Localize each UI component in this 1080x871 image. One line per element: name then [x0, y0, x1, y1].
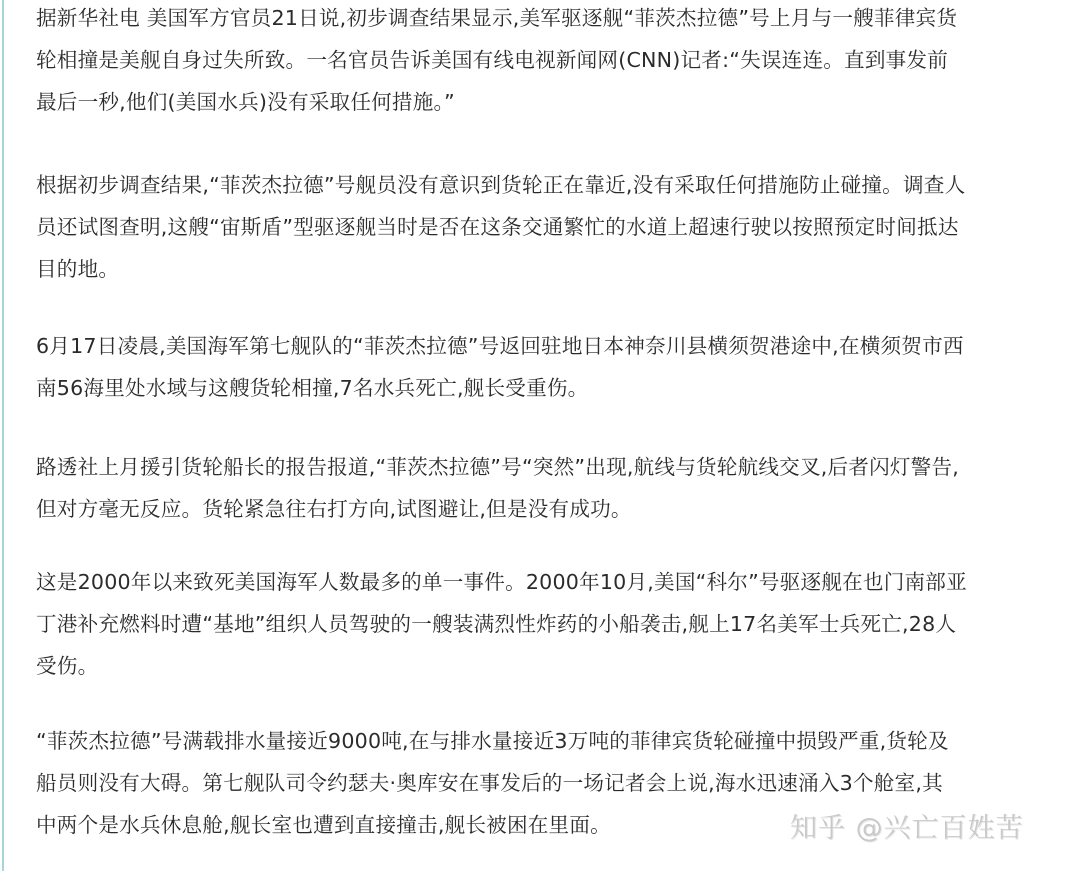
paragraph-3: 6月17日凌晨,美国海军第七舰队的“菲茨杰拉德”号返回驻地日本神奈川县横须贺港途… [36, 325, 1056, 409]
paragraph-line: 6月17日凌晨,美国海军第七舰队的“菲茨杰拉德”号返回驻地日本神奈川县横须贺港途… [36, 325, 1056, 367]
paragraph-line: 路透社上月援引货轮船长的报告报道,“菲茨杰拉德”号“突然”出现,航线与货轮航线交… [36, 446, 1056, 488]
paragraph-line: 船员则没有大碍。第七舰队司令约瑟夫·奥库安在事发后的一场记者会上说,海水迅速涌入… [36, 762, 1056, 804]
paragraph-4: 路透社上月援引货轮船长的报告报道,“菲茨杰拉德”号“突然”出现,航线与货轮航线交… [36, 446, 1056, 530]
paragraph-line: 目的地。 [36, 248, 1056, 290]
paragraph-line: 最后一秒,他们(美国水兵)没有采取任何措施。” [36, 81, 1056, 123]
paragraph-line: “菲茨杰拉德”号满载排水量接近9000吨,在与排水量接近3万吨的菲律宾货轮碰撞中… [36, 720, 1056, 762]
paragraph-line: 轮相撞是美舰自身过失所致。一名官员告诉美国有线电视新闻网(CNN)记者:“失误连… [36, 39, 1056, 81]
paragraph-line: 但对方毫无反应。货轮紧急往右打方向,试图避让,但是没有成功。 [36, 488, 1056, 530]
paragraph-line: 丁港补充燃料时遭“基地”组织人员驾驶的一艘装满烈性炸药的小船袭击,舰上17名美军… [36, 603, 1056, 645]
paragraph-line: 南56海里处水域与这艘货轮相撞,7名水兵死亡,舰长受重伤。 [36, 367, 1056, 409]
paragraph-line: 据新华社电 美国军方官员21日说,初步调查结果显示,美军驱逐舰“菲茨杰拉德”号上… [36, 0, 1056, 39]
paragraph-2: 根据初步调查结果,“菲茨杰拉德”号舰员没有意识到货轮正在靠近,没有采取任何措施防… [36, 164, 1056, 290]
left-border-rule [2, 0, 4, 871]
paragraph-5: 这是2000年以来致死美国海军人数最多的单一事件。2000年10月,美国“科尔”… [36, 561, 1056, 687]
zhihu-watermark: 知乎 @兴亡百姓苦 [790, 806, 1024, 845]
paragraph-line: 这是2000年以来致死美国海军人数最多的单一事件。2000年10月,美国“科尔”… [36, 561, 1056, 603]
paragraph-line: 员还试图查明,这艘“宙斯盾”型驱逐舰当时是否在这条交通繁忙的水道上超速行驶以按照… [36, 206, 1056, 248]
paragraph-line: 根据初步调查结果,“菲茨杰拉德”号舰员没有意识到货轮正在靠近,没有采取任何措施防… [36, 164, 1056, 206]
paragraph-line: 受伤。 [36, 645, 1056, 687]
paragraph-1: 据新华社电 美国军方官员21日说,初步调查结果显示,美军驱逐舰“菲茨杰拉德”号上… [36, 0, 1056, 123]
